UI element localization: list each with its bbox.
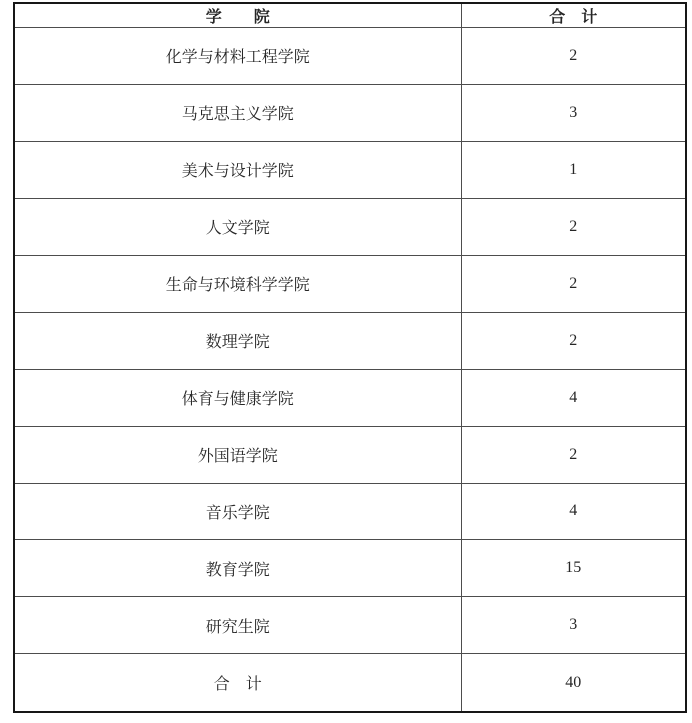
- table-row: 马克思主义学院 3: [14, 84, 686, 141]
- total-value-cell: 2: [461, 255, 686, 312]
- college-name-cell: 教育学院: [14, 540, 461, 597]
- total-value-cell: 2: [461, 198, 686, 255]
- college-name-cell: 外国语学院: [14, 426, 461, 483]
- header-college: 学 院: [14, 3, 461, 28]
- table-row: 美术与设计学院 1: [14, 141, 686, 198]
- table-row: 人文学院 2: [14, 198, 686, 255]
- table-footer-row: 合 计 40: [14, 654, 686, 712]
- total-value-cell: 2: [461, 28, 686, 85]
- college-name-cell: 音乐学院: [14, 483, 461, 540]
- college-name-cell: 研究生院: [14, 597, 461, 654]
- college-name-cell: 数理学院: [14, 312, 461, 369]
- college-count-table: 学 院 合 计 化学与材料工程学院 2 马克思主义学院 3 美术与设计学院 1 …: [13, 2, 687, 713]
- college-name-cell: 化学与材料工程学院: [14, 28, 461, 85]
- table-header-row: 学 院 合 计: [14, 3, 686, 28]
- table-row: 数理学院 2: [14, 312, 686, 369]
- college-name-cell: 体育与健康学院: [14, 369, 461, 426]
- total-value-cell: 4: [461, 369, 686, 426]
- table-row: 化学与材料工程学院 2: [14, 28, 686, 85]
- table-row: 生命与环境科学学院 2: [14, 255, 686, 312]
- total-value-cell: 4: [461, 483, 686, 540]
- college-name-cell: 美术与设计学院: [14, 141, 461, 198]
- total-value-cell: 15: [461, 540, 686, 597]
- total-value-cell: 3: [461, 84, 686, 141]
- table-row: 教育学院 15: [14, 540, 686, 597]
- total-value-cell: 2: [461, 312, 686, 369]
- table-row: 体育与健康学院 4: [14, 369, 686, 426]
- table-row: 音乐学院 4: [14, 483, 686, 540]
- college-name-cell: 马克思主义学院: [14, 84, 461, 141]
- total-value-cell: 3: [461, 597, 686, 654]
- college-count-table-container: 学 院 合 计 化学与材料工程学院 2 马克思主义学院 3 美术与设计学院 1 …: [13, 2, 685, 713]
- total-value-cell: 1: [461, 141, 686, 198]
- college-name-cell: 人文学院: [14, 198, 461, 255]
- total-value-cell: 2: [461, 426, 686, 483]
- footer-label-cell: 合 计: [14, 654, 461, 712]
- footer-total-cell: 40: [461, 654, 686, 712]
- table-row: 外国语学院 2: [14, 426, 686, 483]
- header-total: 合 计: [461, 3, 686, 28]
- college-name-cell: 生命与环境科学学院: [14, 255, 461, 312]
- table-row: 研究生院 3: [14, 597, 686, 654]
